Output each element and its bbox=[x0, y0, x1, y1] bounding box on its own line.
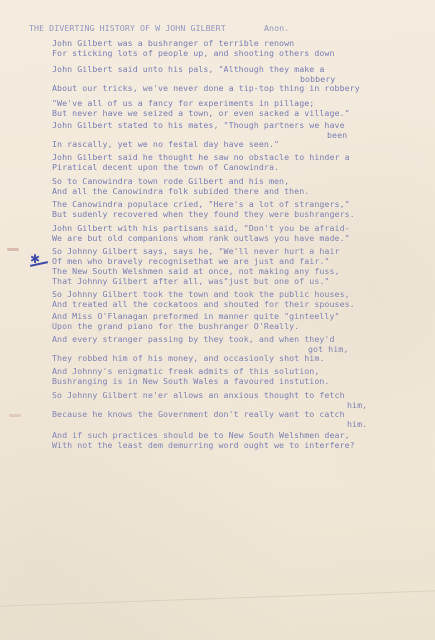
stanza: John Gilbert said he thought he saw no o… bbox=[52, 152, 350, 172]
poem-line: For sticking lots of people up, and shoo… bbox=[52, 48, 335, 58]
poem-line: "We've all of us a fancy for experiments… bbox=[52, 98, 350, 108]
poem-line: That Johnny Gilbert after all, was"just … bbox=[52, 276, 340, 286]
poem-line: John Gilbert was a bushranger of terribl… bbox=[52, 38, 335, 48]
poem-line: John Gilbert said unto his pals, "Althou… bbox=[52, 64, 360, 74]
overflow-word: him. bbox=[52, 419, 367, 428]
poem-line: So Johnny Gilbert ne'er allows an anxiou… bbox=[52, 390, 367, 400]
stanza: So Johnny Gilbert took the town and took… bbox=[52, 289, 355, 309]
poem-line: And all the Canowindra folk subided ther… bbox=[52, 186, 309, 196]
stanza: So Johnny Gilbert says, says he, "We'll … bbox=[52, 246, 340, 286]
poem-line: So to Canowindra town rode Gilbert and h… bbox=[52, 176, 309, 186]
poem-line: We are but old companions whom rank outl… bbox=[52, 233, 350, 243]
poem-line: But sudenly recovered when they found th… bbox=[52, 209, 355, 219]
poem-line: So Johnny Gilbert says, says he, "We'll … bbox=[52, 246, 340, 256]
stanza: John Gilbert was a bushranger of terribl… bbox=[52, 38, 335, 58]
poem-line: In rascally, yet we no festal day have s… bbox=[52, 139, 347, 149]
document-author: Anon. bbox=[264, 23, 289, 33]
paper-fold bbox=[0, 590, 435, 606]
poem-line: John Gilbert said he thought he saw no o… bbox=[52, 152, 350, 162]
poem-line: Of men who bravely recognisethat we are … bbox=[52, 256, 340, 266]
poem-line: And Miss O'Flanagan preformed in manner … bbox=[52, 311, 340, 321]
poem-line: Upon the grand piano for the bushranger … bbox=[52, 321, 340, 331]
poem-line: And every stranger passing by they took,… bbox=[52, 334, 348, 344]
poem-line: They robbed him of his money, and occasi… bbox=[52, 353, 348, 363]
smudge-mark bbox=[7, 248, 19, 251]
typewritten-page: THE DIVERTING HISTORY OF W JOHN GILBERT … bbox=[0, 0, 435, 640]
poem-line: And if such practices should be to New S… bbox=[52, 430, 355, 440]
overflow-word: got him, bbox=[52, 344, 348, 353]
poem-line: About our tricks, we've never done a tip… bbox=[52, 83, 360, 93]
stanza: So to Canowindra town rode Gilbert and h… bbox=[52, 176, 309, 196]
smudge-mark bbox=[9, 414, 21, 417]
poem-line: And Johnny's enigmatic freak admits of t… bbox=[52, 366, 329, 376]
poem-line: But never have we seized a town, or even… bbox=[52, 108, 350, 118]
stanza: And Miss O'Flanagan preformed in manner … bbox=[52, 311, 340, 331]
stanza: "We've all of us a fancy for experiments… bbox=[52, 98, 350, 118]
poem-line: And treated all the cockatoos and shoute… bbox=[52, 299, 355, 309]
overflow-word: bobbery bbox=[52, 74, 360, 83]
stanza: And if such practices should be to New S… bbox=[52, 430, 355, 450]
poem-line: Because he knows the Government don't re… bbox=[52, 409, 367, 419]
stanza: The Canowindra populace cried, "Here's a… bbox=[52, 199, 355, 219]
poem-line: John Gilbert with his partisans said, "D… bbox=[52, 223, 350, 233]
stanza: John Gilbert said unto his pals, "Althou… bbox=[52, 64, 360, 93]
poem-line: Piratical decent upon the town of Canowi… bbox=[52, 162, 350, 172]
overflow-word: him, bbox=[52, 400, 367, 409]
stanza: So Johnny Gilbert ne'er allows an anxiou… bbox=[52, 390, 367, 428]
document-title: THE DIVERTING HISTORY OF W JOHN GILBERT bbox=[29, 23, 226, 33]
poem-line: The New South Welshmen said at once, not… bbox=[52, 266, 340, 276]
poem-line: Bushranging is in New South Wales a favo… bbox=[52, 376, 329, 386]
poem-line: With not the least dem demurring word ou… bbox=[52, 440, 355, 450]
stanza: John Gilbert stated to his mates, "Thoug… bbox=[52, 120, 347, 149]
poem-line: So Johnny Gilbert took the town and took… bbox=[52, 289, 355, 299]
stanza: And every stranger passing by they took,… bbox=[52, 334, 348, 363]
poem-line: John Gilbert stated to his mates, "Thoug… bbox=[52, 120, 347, 130]
stanza: And Johnny's enigmatic freak admits of t… bbox=[52, 366, 329, 386]
stanza: John Gilbert with his partisans said, "D… bbox=[52, 223, 350, 243]
poem-line: The Canowindra populace cried, "Here's a… bbox=[52, 199, 355, 209]
overflow-word: been bbox=[52, 130, 347, 139]
